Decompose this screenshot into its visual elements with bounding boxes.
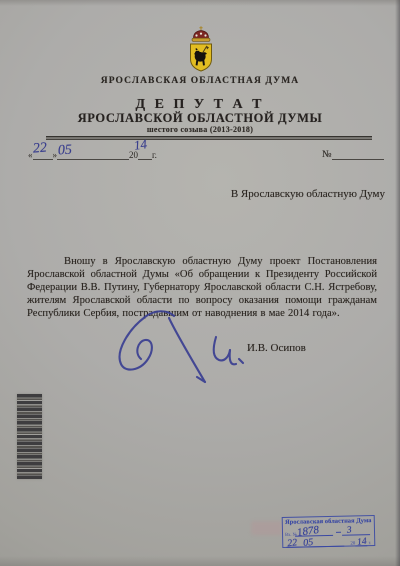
org-header: ЯРОСЛАВСКАЯ ОБЛАСТНАЯ ДУМА [0,76,400,86]
stamp-dash [336,532,341,533]
stamp-handwritten-month: 05 [303,536,314,548]
stamp-year-suffix: г. [369,541,372,546]
handwritten-month: 05 [58,143,73,160]
faded-stamp-smudge [251,521,283,535]
stamp-handwritten-day: 22 [287,537,298,549]
stamp-handwritten-year: 14 [356,536,367,547]
number-field: № [322,149,384,160]
year-suffix: г. [152,150,157,160]
duma-title: ЯРОСЛАВСКОЙ ОБЛАСТНОЙ ДУМЫ [0,111,400,126]
header-rule [46,136,372,140]
addressee: В Ярославскую областную Думу [231,188,385,200]
scanned-letter-photo: ЯРОСЛАВСКАЯ ОБЛАСТНАЯ ДУМА Д Е П У Т А Т… [0,0,400,566]
handwritten-day: 22 [32,140,47,157]
registration-stamp: Ярославская областная Дума Вх. № 1878 3 … [282,515,376,548]
signature-scribble-icon [110,309,245,397]
handwritten-year: 14 [133,136,148,154]
signer-name: И.В. Осипов [247,342,306,354]
stamp-date-row: 22 05 20 14 г. [286,535,371,548]
convocation-line: шестого созыва (2013-2018) [0,125,400,134]
yaroslavl-coat-of-arms-icon [182,25,220,75]
number-label: № [322,149,332,160]
barcode [17,394,42,479]
